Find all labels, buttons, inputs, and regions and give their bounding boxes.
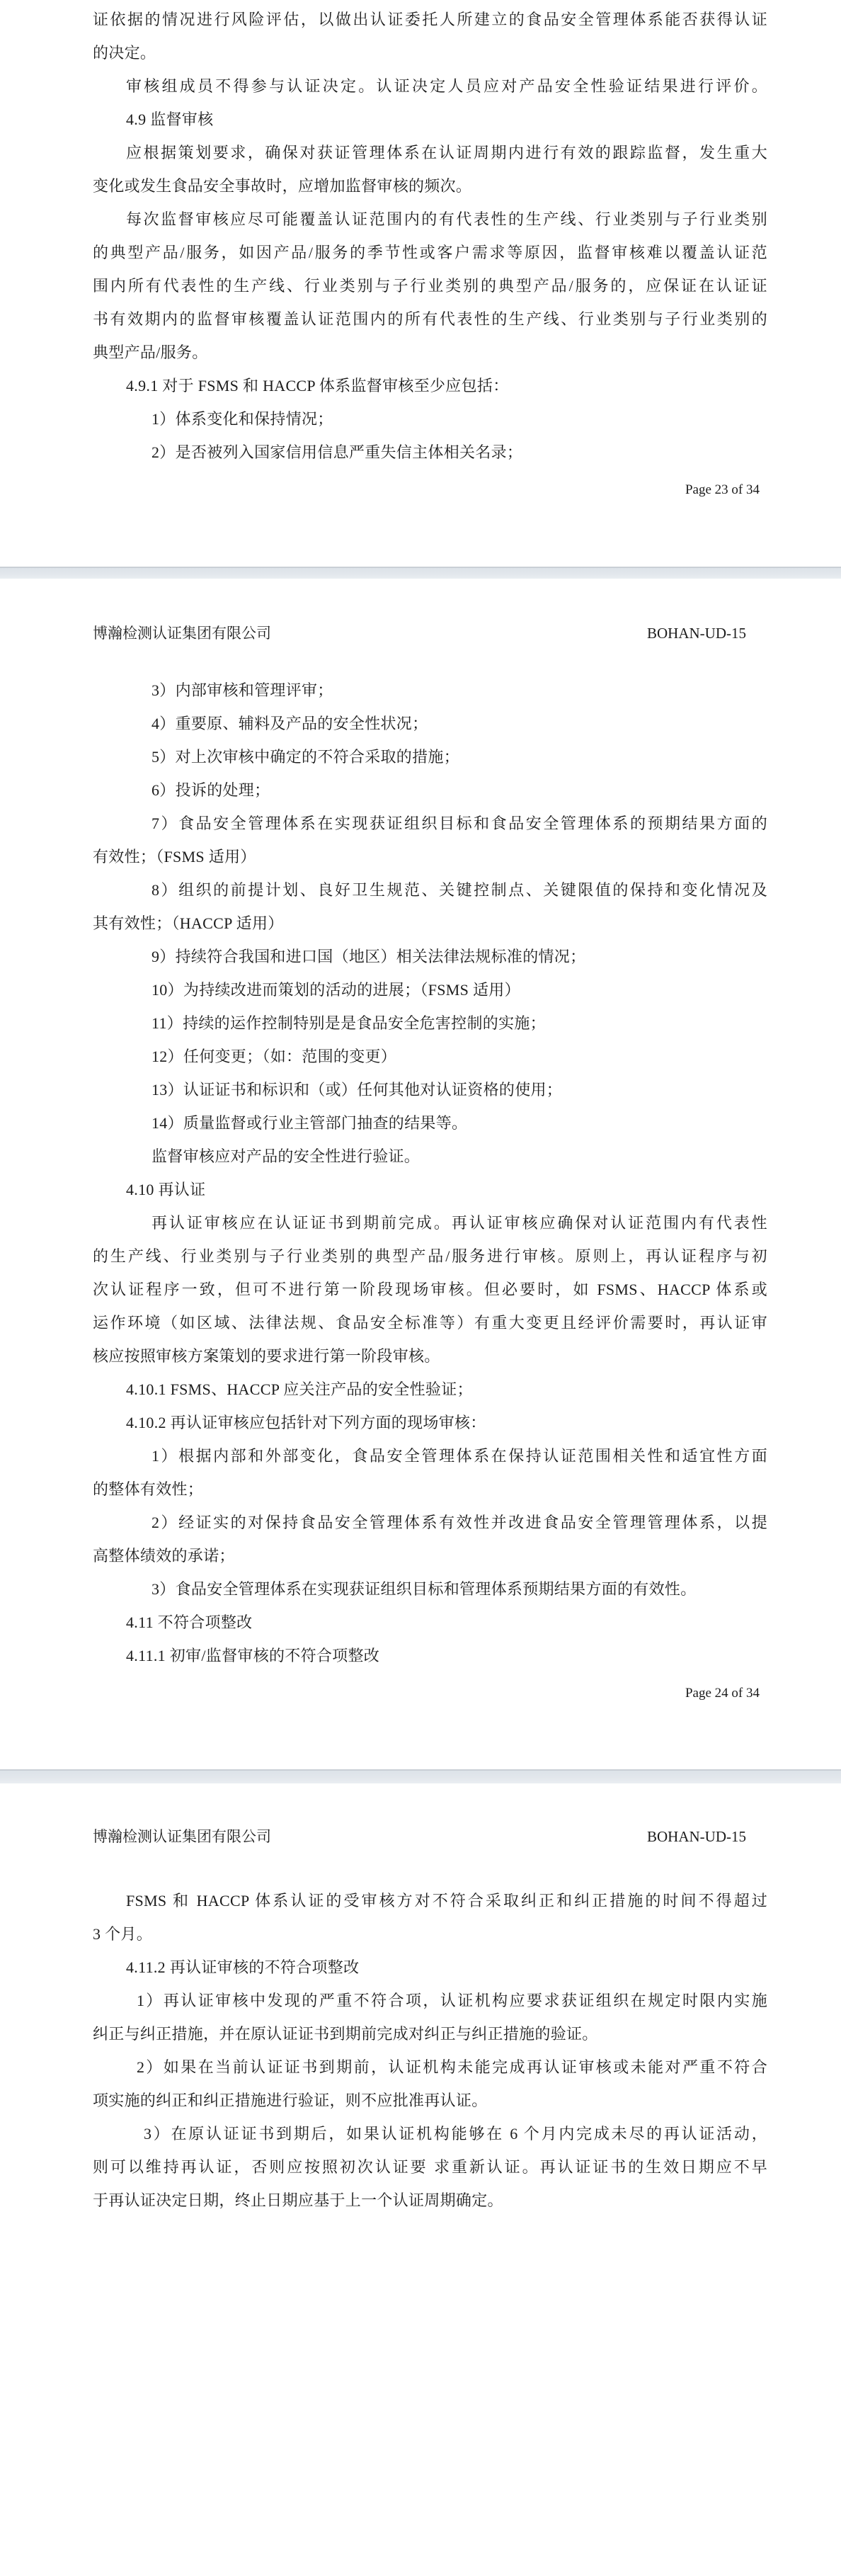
text-line: 1）根据内部和外部变化，食品安全管理体系在保持认证范围相关性和适宜性方面 — [93, 1439, 767, 1473]
text-line: 纠正与纠正措施，并在原认证证书到期前完成对纠正与纠正措施的验证。 — [93, 2017, 767, 2050]
page-25: 博瀚检测认证集团有限公司 BOHAN-UD-15 FSMS 和 HACCP 体系… — [0, 1783, 841, 2576]
text-line: 围内所有代表性的生产线、行业类别与子行业类别的典型产品/服务的，应保证在认证证 — [93, 269, 767, 302]
text-line: 再认证审核应在认证证书到期前完成。再认证审核应确保对认证范围内有代表性 — [93, 1206, 767, 1239]
text-line: 7）食品安全管理体系在实现获证组织目标和食品安全管理体系的预期结果方面的 — [93, 807, 767, 840]
text-line: 次认证程序一致，但可不进行第一阶段现场审核。但必要时，如 FSMS、HACCP … — [93, 1273, 767, 1306]
text-line: 8）组织的前提计划、良好卫生规范、关键控制点、关键限值的保持和变化情况及 — [93, 873, 767, 907]
page-24: 博瀚检测认证集团有限公司 BOHAN-UD-15 3）内部审核和管理评审；4）重… — [0, 579, 841, 1769]
text-line: 12）任何变更；（如：范围的变更） — [93, 1040, 767, 1073]
text-line: 其有效性；（HACCP 适用） — [93, 907, 767, 940]
text-line: 4.10.1 FSMS、HACCP 应关注产品的安全性验证； — [93, 1373, 767, 1406]
text-line: 13）认证证书和标识和（或）任何其他对认证资格的使用； — [93, 1073, 767, 1106]
text-line: 4.11.2 再认证审核的不符合项整改 — [93, 1951, 767, 1984]
text-line: 核应按照审核方案策划的要求进行第一阶段审核。 — [93, 1339, 767, 1373]
text-line: 1）体系变化和保持情况； — [93, 402, 767, 436]
text-line: 的典型产品/服务，如因产品/服务的季节性或客户需求等原因，监督审核难以覆盖认证范 — [93, 236, 767, 269]
text-line: 的生产线、行业类别与子行业类别的典型产品/服务进行审核。原则上，再认证程序与初 — [93, 1239, 767, 1273]
text-line: 14）质量监督或行业主管部门抽查的结果等。 — [93, 1106, 767, 1140]
text-line: 监督审核应对产品的安全性进行验证。 — [93, 1140, 767, 1173]
text-line: 典型产品/服务。 — [93, 336, 767, 369]
text-line: 6）投诉的处理； — [93, 773, 767, 807]
text-line: 2）如果在当前认证证书到期前，认证机构未能完成再认证审核或未能对严重不符合 — [93, 2050, 767, 2084]
page-number-24: Page 24 of 34 — [93, 1676, 760, 1710]
text-line: 2）经证实的对保持食品安全管理体系有效性并改进食品安全管理管理体系，以提 — [93, 1506, 767, 1539]
text-line: FSMS 和 HACCP 体系认证的受审核方对不符合采取纠正和纠正措施的时间不得… — [93, 1884, 767, 1917]
text-line: 高整体绩效的承诺； — [93, 1539, 767, 1572]
document-code-header: BOHAN-UD-15 — [647, 624, 746, 642]
page-break-separator — [0, 1769, 841, 1783]
text-line: 应根据策划要求，确保对获证管理体系在认证周期内进行有效的跟踪监督，发生重大 — [93, 136, 767, 169]
text-line: 有效性；（FSMS 适用） — [93, 840, 767, 873]
company-name-header: 博瀚检测认证集团有限公司 — [93, 1827, 271, 1846]
text-line: 变化或发生食品安全事故时，应增加监督审核的频次。 — [93, 169, 767, 203]
text-line: 审核组成员不得参与认证决定。认证决定人员应对产品安全性验证结果进行评价。 — [93, 69, 767, 103]
text-line: 的决定。 — [93, 36, 767, 69]
company-name-header: 博瀚检测认证集团有限公司 — [93, 624, 271, 642]
page-break-separator — [0, 567, 841, 579]
text-line: 运作环境（如区域、法律法规、食品安全标准等）有重大变更且经评价需要时，再认证审 — [93, 1306, 767, 1339]
text-line: 4.10.2 再认证审核应包括针对下列方面的现场审核： — [93, 1406, 767, 1439]
text-line: 1）再认证审核中发现的严重不符合项，认证机构应要求获证组织在规定时限内实施 — [93, 1984, 767, 2017]
text-line: 9）持续符合我国和进口国（地区）相关法律法规标准的情况； — [93, 940, 767, 973]
text-line: 4.9 监督审核 — [93, 103, 767, 136]
text-line: 项实施的纠正和纠正措施进行验证，则不应批准再认证。 — [93, 2084, 767, 2117]
text-line: 4.10 再认证 — [93, 1173, 767, 1206]
page-23: 证依据的情况进行风险评估，以做出认证委托人所建立的食品安全管理体系能否获得认证的… — [0, 0, 841, 567]
text-line: 2）是否被列入国家信用信息严重失信主体相关名录； — [93, 436, 767, 469]
text-line: 3）在原认证证书到期后，如果认证机构能够在 6 个月内完成未尽的再认证活动， — [93, 2117, 767, 2150]
text-line: 3）食品安全管理体系在实现获证组织目标和管理体系预期结果方面的有效性。 — [93, 1572, 767, 1606]
document-viewer: 证依据的情况进行风险评估，以做出认证委托人所建立的食品安全管理体系能否获得认证的… — [0, 0, 841, 2576]
page-25-header: 博瀚检测认证集团有限公司 BOHAN-UD-15 — [93, 1827, 746, 1846]
text-line: 4.11.1 初审/监督审核的不符合项整改 — [93, 1639, 767, 1672]
text-line: 3）内部审核和管理评审； — [93, 674, 767, 707]
text-line: 4.11 不符合项整改 — [93, 1606, 767, 1639]
document-code-header: BOHAN-UD-15 — [647, 1827, 746, 1846]
text-line: 11）持续的运作控制特别是是食品安全危害控制的实施； — [93, 1006, 767, 1040]
page-number-23: Page 23 of 34 — [93, 473, 760, 506]
text-line: 的整体有效性； — [93, 1473, 767, 1506]
page-24-body: 3）内部审核和管理评审；4）重要原、辅料及产品的安全性状况；5）对上次审核中确定… — [93, 674, 767, 1672]
text-line: 10）为持续改进而策划的活动的进展；（FSMS 适用） — [93, 973, 767, 1006]
text-line: 则可以维持再认证，否则应按照初次认证要 求重新认证。再认证证书的生效日期应不早 — [93, 2150, 767, 2184]
text-line: 每次监督审核应尽可能覆盖认证范围内的有代表性的生产线、行业类别与子行业类别 — [93, 203, 767, 236]
text-line: 4）重要原、辅料及产品的安全性状况； — [93, 707, 767, 740]
page-25-body: FSMS 和 HACCP 体系认证的受审核方对不符合采取纠正和纠正措施的时间不得… — [93, 1884, 767, 2217]
text-line: 于再认证决定日期，终止日期应基于上一个认证周期确定。 — [93, 2184, 767, 2217]
text-line: 书有效期内的监督审核覆盖认证范围内的所有代表性的生产线、行业类别与子行业类别的 — [93, 302, 767, 336]
text-line: 3 个月。 — [93, 1917, 767, 1951]
text-line: 4.9.1 对于 FSMS 和 HACCP 体系监督审核至少应包括： — [93, 369, 767, 402]
page-23-body: 证依据的情况进行风险评估，以做出认证委托人所建立的食品安全管理体系能否获得认证的… — [93, 0, 767, 469]
text-line: 5）对上次审核中确定的不符合采取的措施； — [93, 740, 767, 773]
text-line: 证依据的情况进行风险评估，以做出认证委托人所建立的食品安全管理体系能否获得认证 — [93, 3, 767, 36]
page-24-header: 博瀚检测认证集团有限公司 BOHAN-UD-15 — [93, 624, 746, 642]
